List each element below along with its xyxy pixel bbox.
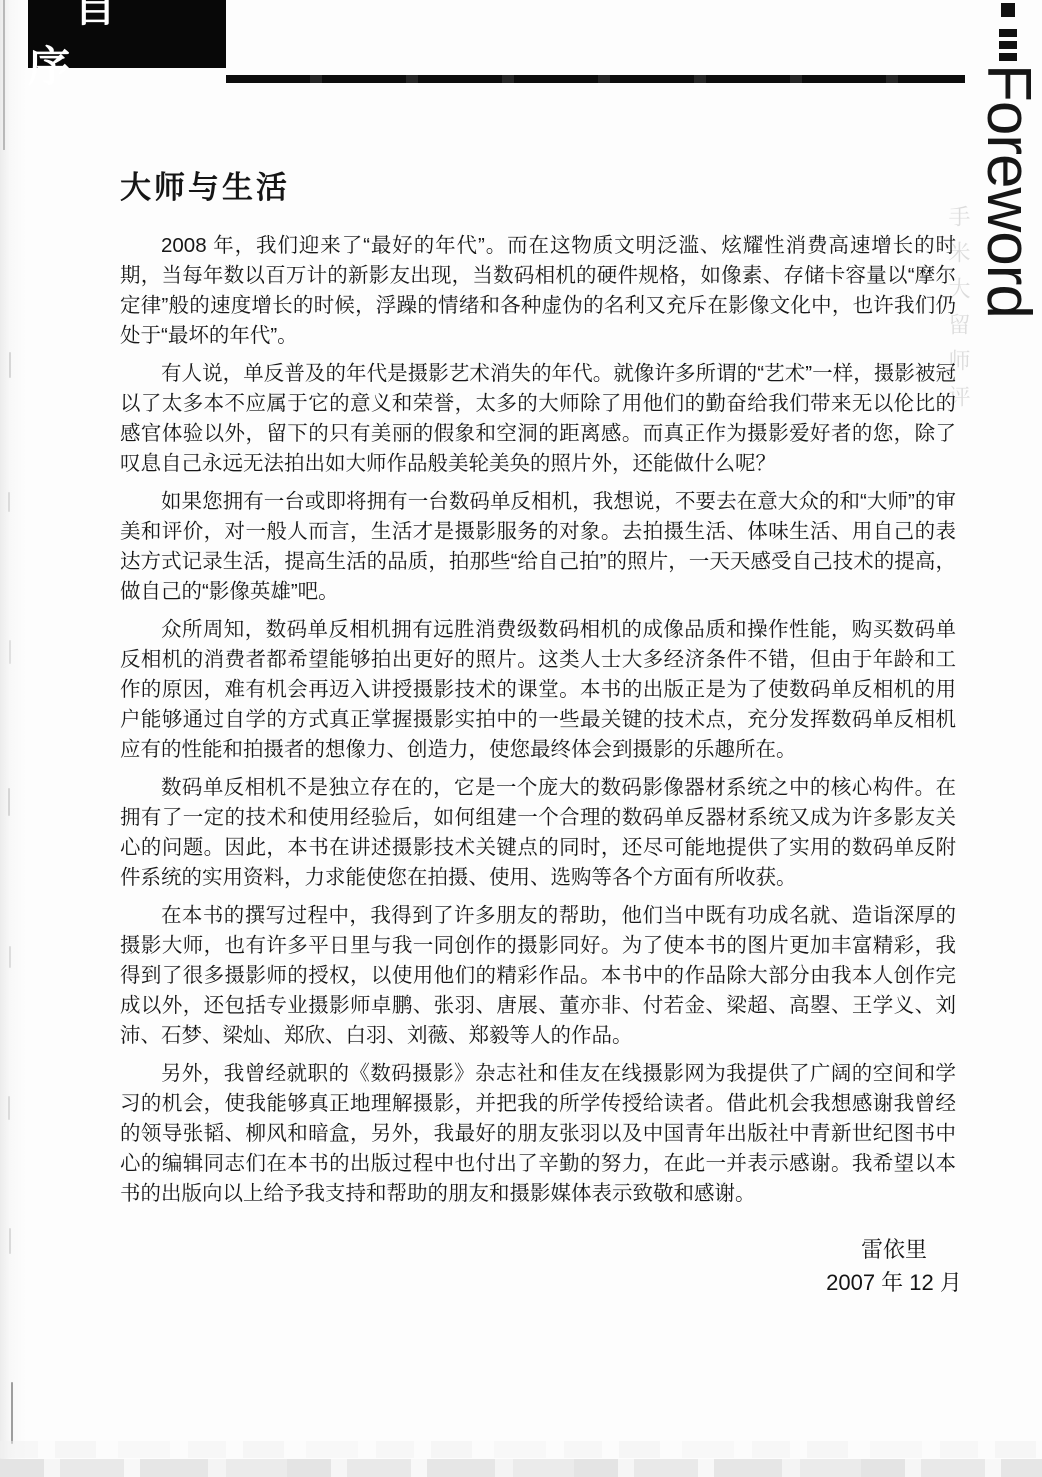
scan-artifact [3, 0, 5, 150]
scan-artifact [8, 788, 10, 816]
scan-artifact [8, 492, 10, 512]
paragraph: 2008 年，我们迎来了“最好的年代”。而在这物质文明泛滥、炫耀性消费高速增长的… [120, 231, 956, 351]
scan-band-faint [0, 1441, 1042, 1458]
chapter-title: 自 序 [28, 0, 226, 94]
decorative-dot [1001, 3, 1015, 17]
header-rule [226, 75, 965, 83]
decorative-dot [999, 29, 1017, 37]
scan-band-bottom [0, 1459, 1042, 1477]
scan-artifact [9, 946, 11, 968]
signature-block: 雷依里 2007 年 12 月 [788, 1233, 1000, 1299]
decorative-dot [999, 53, 1017, 61]
page-edge-shading [0, 0, 26, 1477]
author-name: 雷依里 [788, 1233, 1000, 1266]
vertical-side-label: Foreword [975, 64, 1041, 318]
scan-artifact [9, 640, 11, 664]
paragraph: 另外，我曾经就职的《数码摄影》杂志社和佳友在线摄影网为我提供了广阔的空间和学习的… [120, 1059, 956, 1209]
body-paragraphs: 2008 年，我们迎来了“最好的年代”。而在这物质文明泛滥、炫耀性消费高速增长的… [120, 231, 956, 1217]
chapter-title-box: 自 序 [28, 0, 226, 68]
paragraph: 有人说，单反普及的年代是摄影艺术消失的年代。就像许多所谓的“艺术”一样，摄影被冠… [120, 359, 956, 479]
section-heading: 大师与生活 [120, 162, 290, 207]
paragraph: 众所周知，数码单反相机拥有远胜消费级数码相机的成像品质和操作性能，购买数码单反相… [120, 615, 956, 765]
scan-artifact [11, 1382, 13, 1444]
paragraph: 在本书的撰写过程中，我得到了许多朋友的帮助，他们当中既有功成名就、造诣深厚的摄影… [120, 901, 956, 1051]
paragraph: 数码单反相机不是独立存在的，它是一个庞大的数码影像器材系统之中的核心构件。在拥有… [120, 773, 956, 893]
decorative-dot [999, 41, 1017, 49]
scan-artifact [9, 1228, 11, 1254]
scan-artifact [9, 352, 11, 378]
scan-artifact [8, 1096, 10, 1120]
signature-date: 2007 年 12 月 [788, 1266, 1000, 1299]
paragraph: 如果您拥有一台或即将拥有一台数码单反相机，我想说，不要去在意大众的和“大师”的审… [120, 487, 956, 607]
scanned-book-page: 自 序 Foreword 手米大留师评 大师与生活 2008 年，我们迎来了“最… [0, 0, 1042, 1477]
